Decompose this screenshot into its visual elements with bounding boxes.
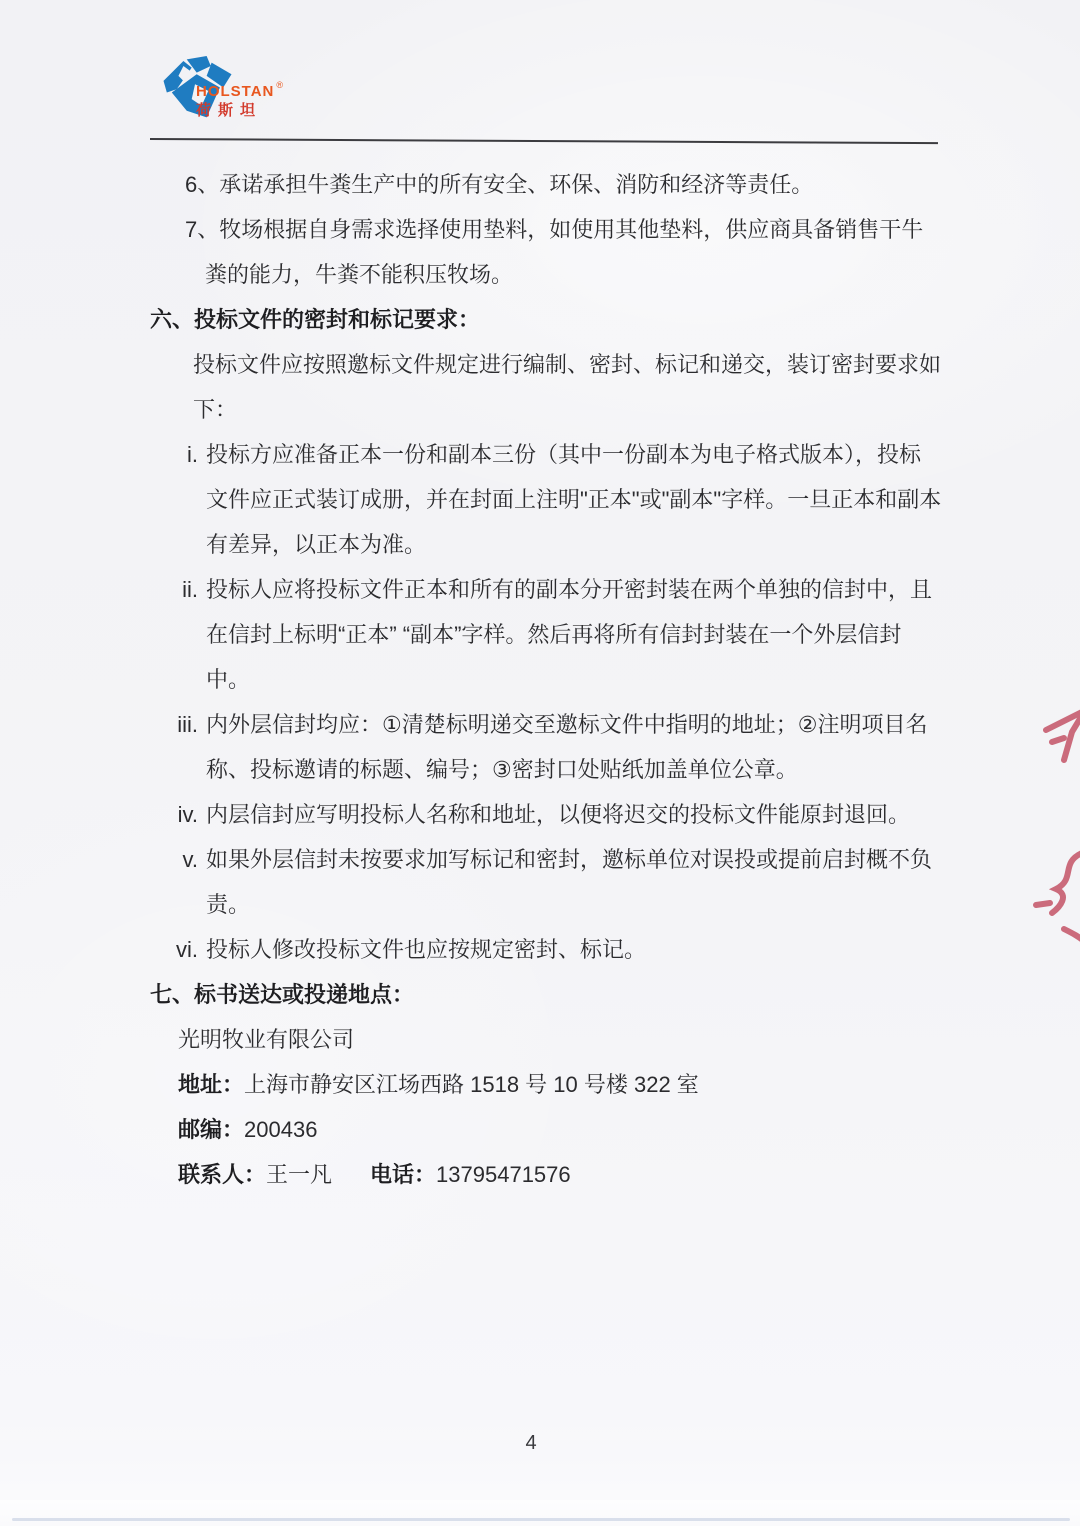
roman-numeral: v. bbox=[150, 837, 206, 927]
zip-label: 邮编： bbox=[178, 1117, 244, 1142]
numbered-item-6: 6、承诺承担牛粪生产中的所有安全、环保、消防和经济等责任。 bbox=[150, 162, 942, 207]
item-text: 牧场根据自身需求选择使用垫料，如使用其他垫料，供应商具备销售干牛粪的能力，牛粪不… bbox=[205, 217, 923, 287]
phone-value: 13795471576 bbox=[436, 1162, 571, 1187]
document-body: 6、承诺承担牛粪生产中的所有安全、环保、消防和经济等责任。 7、牧场根据自身需求… bbox=[150, 162, 942, 1197]
company-name: 光明牧业有限公司 bbox=[150, 1017, 942, 1062]
roman-item-ii: ii. 投标人应将投标文件正本和所有的副本分开密封装在两个单独的信封中，且在信封… bbox=[150, 567, 942, 702]
contact-name: 王一凡 bbox=[266, 1162, 332, 1187]
roman-item-iv: iv. 内层信封应写明投标人名称和地址，以便将迟交的投标文件能原封退回。 bbox=[150, 792, 942, 837]
contact-line: 联系人：王一凡电话：13795471576 bbox=[150, 1152, 942, 1197]
item-number: 7、 bbox=[185, 217, 219, 242]
zip-line: 邮编：200436 bbox=[150, 1107, 942, 1152]
roman-numeral: i. bbox=[150, 432, 206, 567]
address-value: 上海市静安区江场西路 1518 号 10 号楼 322 室 bbox=[244, 1072, 699, 1097]
red-stamp-fragment-icon bbox=[1030, 845, 1080, 950]
item-text: 内层信封应写明投标人名称和地址，以便将迟交的投标文件能原封退回。 bbox=[206, 792, 942, 837]
address-line: 地址：上海市静安区江场西路 1518 号 10 号楼 322 室 bbox=[150, 1062, 942, 1107]
logo-text: HOLSTAN® 荷斯坦 bbox=[196, 81, 283, 118]
registered-mark-icon: ® bbox=[276, 80, 283, 90]
roman-item-v: v. 如果外层信封未按要求加写标记和密封，邀标单位对误投或提前启封概不负责。 bbox=[150, 837, 942, 927]
item-text: 投标人修改投标文件也应按规定密封、标记。 bbox=[206, 927, 942, 972]
section-six-heading: 六、投标文件的密封和标记要求： bbox=[150, 297, 942, 342]
roman-item-vi: vi. 投标人修改投标文件也应按规定密封、标记。 bbox=[150, 927, 942, 972]
logo-brand-name: HOLSTAN bbox=[196, 83, 274, 100]
roman-numeral: ii. bbox=[150, 567, 206, 702]
scanned-document-page: HOLSTAN® 荷斯坦 6、承诺承担牛粪生产中的所有安全、环保、消防和经济等责… bbox=[0, 0, 1080, 1526]
logo-brand-chinese: 荷斯坦 bbox=[196, 103, 283, 118]
header-divider bbox=[150, 138, 938, 144]
company-logo: HOLSTAN® 荷斯坦 bbox=[158, 54, 328, 126]
roman-numeral: iv. bbox=[150, 792, 206, 837]
item-number: 6、 bbox=[185, 172, 219, 197]
section-six-intro: 投标文件应按照邀标文件规定进行编制、密封、标记和递交，装订密封要求如下： bbox=[150, 342, 942, 432]
roman-numeral: iii. bbox=[150, 702, 206, 792]
item-text: 如果外层信封未按要求加写标记和密封，邀标单位对误投或提前启封概不负责。 bbox=[206, 837, 942, 927]
contact-label: 联系人： bbox=[178, 1162, 266, 1187]
item-text: 承诺承担牛粪生产中的所有安全、环保、消防和经济等责任。 bbox=[219, 172, 813, 197]
scan-bottom-line bbox=[12, 1518, 1070, 1521]
zip-value: 200436 bbox=[244, 1117, 317, 1142]
phone-label: 电话： bbox=[370, 1162, 436, 1187]
phone-group: 电话：13795471576 bbox=[370, 1162, 571, 1187]
page-number: 4 bbox=[0, 1432, 1062, 1455]
scan-bottom-strip bbox=[0, 1500, 1080, 1526]
roman-item-iii: iii. 内外层信封均应：①清楚标明递交至邀标文件中指明的地址；②注明项目名称、… bbox=[150, 702, 942, 792]
red-stamp-fragment-icon bbox=[1038, 702, 1080, 802]
section-seven-heading: 七、标书送达或投递地点： bbox=[150, 972, 942, 1017]
item-text: 投标方应准备正本一份和副本三份（其中一份副本为电子格式版本），投标文件应正式装订… bbox=[206, 432, 942, 567]
item-text: 内外层信封均应：①清楚标明递交至邀标文件中指明的地址；②注明项目名称、投标邀请的… bbox=[206, 702, 942, 792]
roman-item-i: i. 投标方应准备正本一份和副本三份（其中一份副本为电子格式版本），投标文件应正… bbox=[150, 432, 942, 567]
numbered-item-7: 7、牧场根据自身需求选择使用垫料，如使用其他垫料，供应商具备销售干牛粪的能力，牛… bbox=[150, 207, 942, 297]
roman-numeral: vi. bbox=[150, 927, 206, 972]
item-text: 投标人应将投标文件正本和所有的副本分开密封装在两个单独的信封中，且在信封上标明“… bbox=[206, 567, 942, 702]
address-label: 地址： bbox=[178, 1072, 244, 1097]
